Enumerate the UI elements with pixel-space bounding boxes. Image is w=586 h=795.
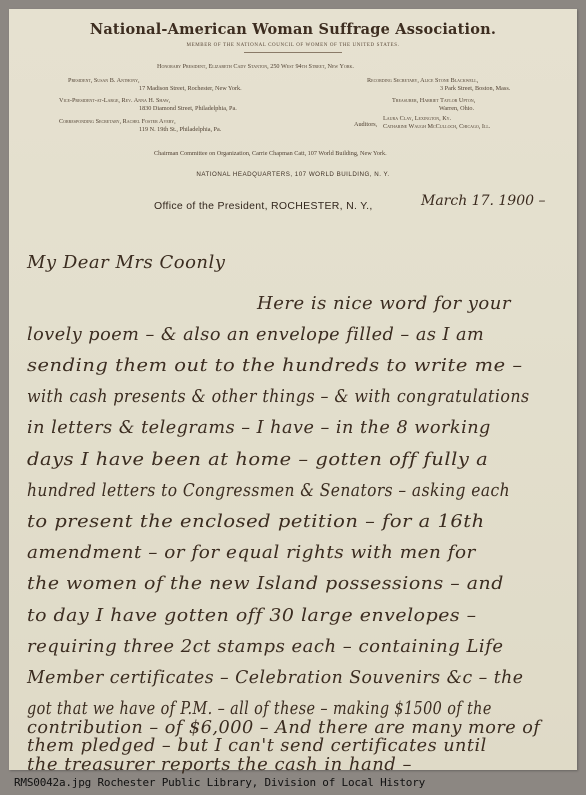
membership-line: Member of the National Council of Women … [9, 43, 577, 48]
letter-line: the women of the new Island possessions … [27, 573, 504, 594]
auditors-label: Auditors, [354, 121, 377, 128]
honorary-president: Honorary President, Elizabeth Cady Stant… [157, 63, 354, 70]
letter-line: in letters & telegrams – I have – in the… [27, 417, 491, 438]
letter-line: Member certificates – Celebration Souven… [27, 667, 523, 688]
recording-secretary-title: Recording Secretary, Alice Stone Blackwe… [367, 77, 478, 84]
letter-line: amendment – or for equal rights with men… [27, 542, 476, 563]
letter-line: days I have been at home – gotten off fu… [27, 449, 488, 470]
chairman-line: Chairman Committee on Organization, Carr… [154, 150, 387, 157]
president-title: President, Susan B. Anthony, [68, 77, 140, 84]
letter-line: to present the enclosed petition – for a… [27, 511, 485, 532]
salutation: My Dear Mrs Coonly [27, 252, 225, 273]
letter-line: requiring three 2ct stamps each – contai… [27, 636, 503, 657]
recording-secretary-address: 3 Park Street, Boston, Mass. [440, 85, 510, 92]
image-caption: RMS0042a.jpg Rochester Public Library, D… [14, 776, 425, 789]
letter-line: got that we have of P.M. – all of these … [27, 698, 492, 719]
letter-line: sending them out to the hundreds to writ… [27, 355, 523, 376]
letter-line: them pledged – but I can't send certific… [27, 735, 487, 756]
auditor-2: Catharine Waugh McCulloch, Chicago, Ill. [383, 123, 490, 130]
vice-president-title: Vice-President-at-Large, Rev. Anna H. Sh… [59, 97, 170, 104]
letter-line: hundred letters to Congressmen & Senator… [27, 480, 510, 501]
corresponding-secretary-address: 119 N. 19th St., Philadelphia, Pa. [139, 126, 221, 133]
president-address: 17 Madison Street, Rochester, New York. [139, 85, 242, 92]
letter-line: Here is nice word for your [257, 293, 511, 314]
treasurer-address: Warren, Ohio. [439, 105, 474, 112]
vice-president-address: 1830 Diamond Street, Philadelphia, Pa. [139, 105, 237, 112]
letter-line: the treasurer reports the cash in hand – [27, 754, 412, 775]
letter-line: with cash presents & other things – & wi… [27, 386, 530, 407]
letterhead-divider [244, 52, 342, 53]
headquarters-line: NATIONAL HEADQUARTERS, 107 WORLD BUILDIN… [9, 171, 577, 178]
auditor-1: Laura Clay, Lexington, Ky. [383, 115, 451, 122]
letter-line: lovely poem – & also an envelope filled … [27, 324, 484, 345]
treasurer-title: Treasurer, Harriet Taylor Upton, [392, 97, 475, 104]
letter-line: to day I have gotten off 30 large envelo… [27, 605, 477, 626]
corresponding-secretary-title: Corresponding Secretary, Rachel Foster A… [59, 118, 176, 125]
organization-title: National-American Woman Suffrage Associa… [9, 21, 577, 38]
office-line: Office of the President, ROCHESTER, N. Y… [154, 200, 373, 212]
letter-page: National-American Woman Suffrage Associa… [9, 9, 577, 770]
handwritten-date: March 17. 1900 – [421, 193, 545, 209]
